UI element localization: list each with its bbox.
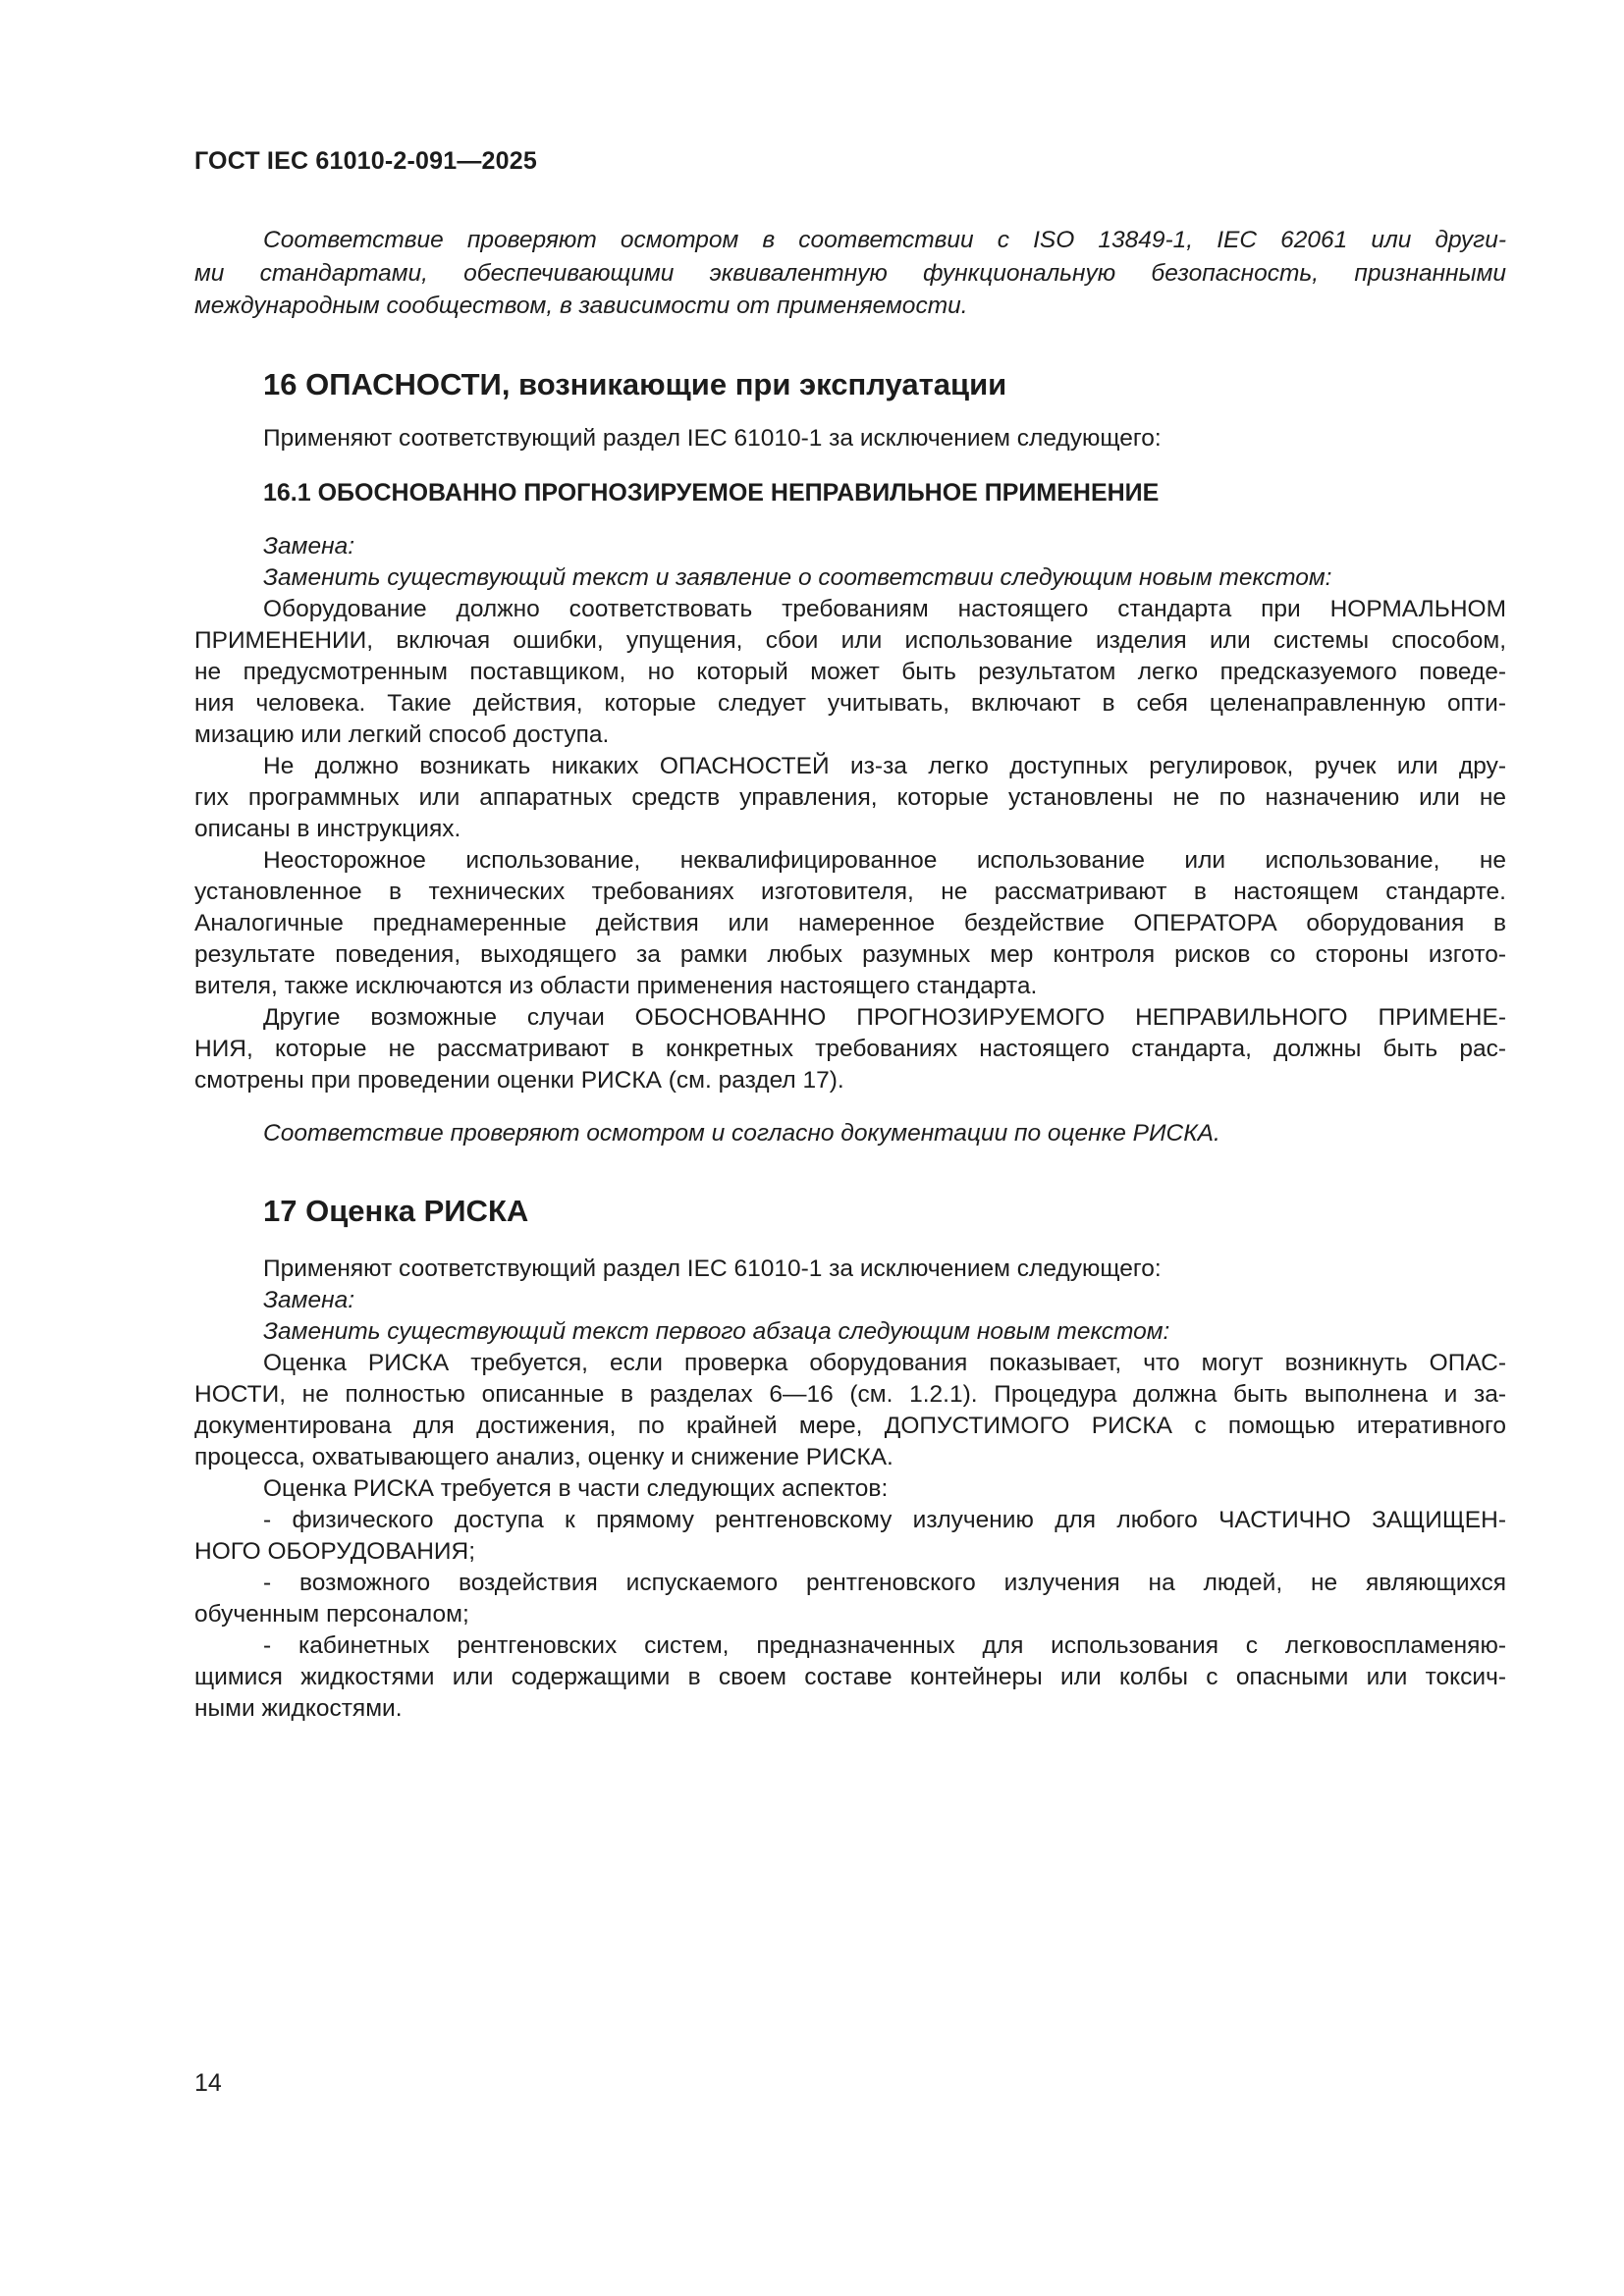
replacement-label: Замена: <box>263 1285 1506 1316</box>
text-line: Оборудование должно соответствовать треб… <box>263 594 1506 625</box>
text-line: документирована для достижения, по крайн… <box>194 1411 1506 1442</box>
text-line: НОСТИ, не полностью описанные в разделах… <box>194 1379 1506 1411</box>
text-line: - физического доступа к прямому рентгено… <box>263 1505 1506 1536</box>
text-line: вителя, также исключаются из области при… <box>194 971 1506 1002</box>
text-line: НОГО ОБОРУДОВАНИЯ; <box>194 1536 1506 1568</box>
text-line: мизацию или легкий способ доступа. <box>194 720 1506 751</box>
text-line: Соответствие проверяют осмотром в соотве… <box>263 225 1506 256</box>
text-line: смотрены при проведении оценки РИСКА (см… <box>194 1065 1506 1096</box>
text-line: результате поведения, выходящего за рамк… <box>194 939 1506 971</box>
text-line: процесса, охватывающего анализ, оценку и… <box>194 1442 1506 1473</box>
text-line: НИЯ, которые не рассматривают в конкретн… <box>194 1034 1506 1065</box>
text-line: Аналогичные преднамеренные действия или … <box>194 908 1506 939</box>
text-line: Не должно возникать никаких ОПАСНОСТЕЙ и… <box>263 751 1506 782</box>
section-17-applies: Применяют соответствующий раздел IEC 610… <box>263 1254 1506 1285</box>
section-16-heading: 16 ОПАСНОСТИ, возникающие при эксплуатац… <box>263 367 1006 402</box>
text-line: - возможного воздействия испускаемого ре… <box>263 1568 1506 1599</box>
text-line: международным сообществом, в зависимости… <box>194 291 1506 322</box>
text-line: ными жидкостями. <box>194 1693 1506 1725</box>
replacement-label: Замена: <box>263 531 1506 562</box>
text-line: гих программных или аппаратных средств у… <box>194 782 1506 814</box>
document-header: ГОСТ IEC 61010-2-091—2025 <box>194 147 537 176</box>
text-line: ми стандартами, обеспечивающими эквивале… <box>194 258 1506 290</box>
text-line: Неосторожное использование, неквалифицир… <box>263 845 1506 877</box>
aspects-intro: Оценка РИСКА требуется в части следующих… <box>263 1473 1506 1505</box>
section-16-1-heading: 16.1 ОБОСНОВАННО ПРОГНОЗИРУЕМОЕ НЕПРАВИЛ… <box>263 479 1159 507</box>
text-line: не предусмотренным поставщиком, но котор… <box>194 657 1506 688</box>
text-line: ния человека. Такие действия, которые сл… <box>194 688 1506 720</box>
replacement-instruction: Заменить существующий текст и заявление … <box>263 562 1506 594</box>
replacement-instruction: Заменить существующий текст первого абза… <box>263 1316 1506 1348</box>
compliance-statement: Соответствие проверяют осмотром и соглас… <box>263 1118 1506 1149</box>
section-17-heading: 17 Оценка РИСКА <box>263 1194 528 1229</box>
text-line: описаны в инструкциях. <box>194 814 1506 845</box>
text-line: установленное в технических требованиях … <box>194 877 1506 908</box>
page-number: 14 <box>194 2069 222 2098</box>
text-line: Оценка РИСКА требуется, если проверка об… <box>263 1348 1506 1379</box>
text-line: щимися жидкостями или содержащими в свое… <box>194 1662 1506 1693</box>
text-line: ПРИМЕНЕНИИ, включая ошибки, упущения, сб… <box>194 625 1506 657</box>
text-line: - кабинетных рентгеновских систем, предн… <box>263 1630 1506 1662</box>
text-line: Другие возможные случаи ОБОСНОВАННО ПРОГ… <box>263 1002 1506 1034</box>
text-line: обученным персоналом; <box>194 1599 1506 1630</box>
section-16-applies: Применяют соответствующий раздел IEC 610… <box>263 423 1506 454</box>
